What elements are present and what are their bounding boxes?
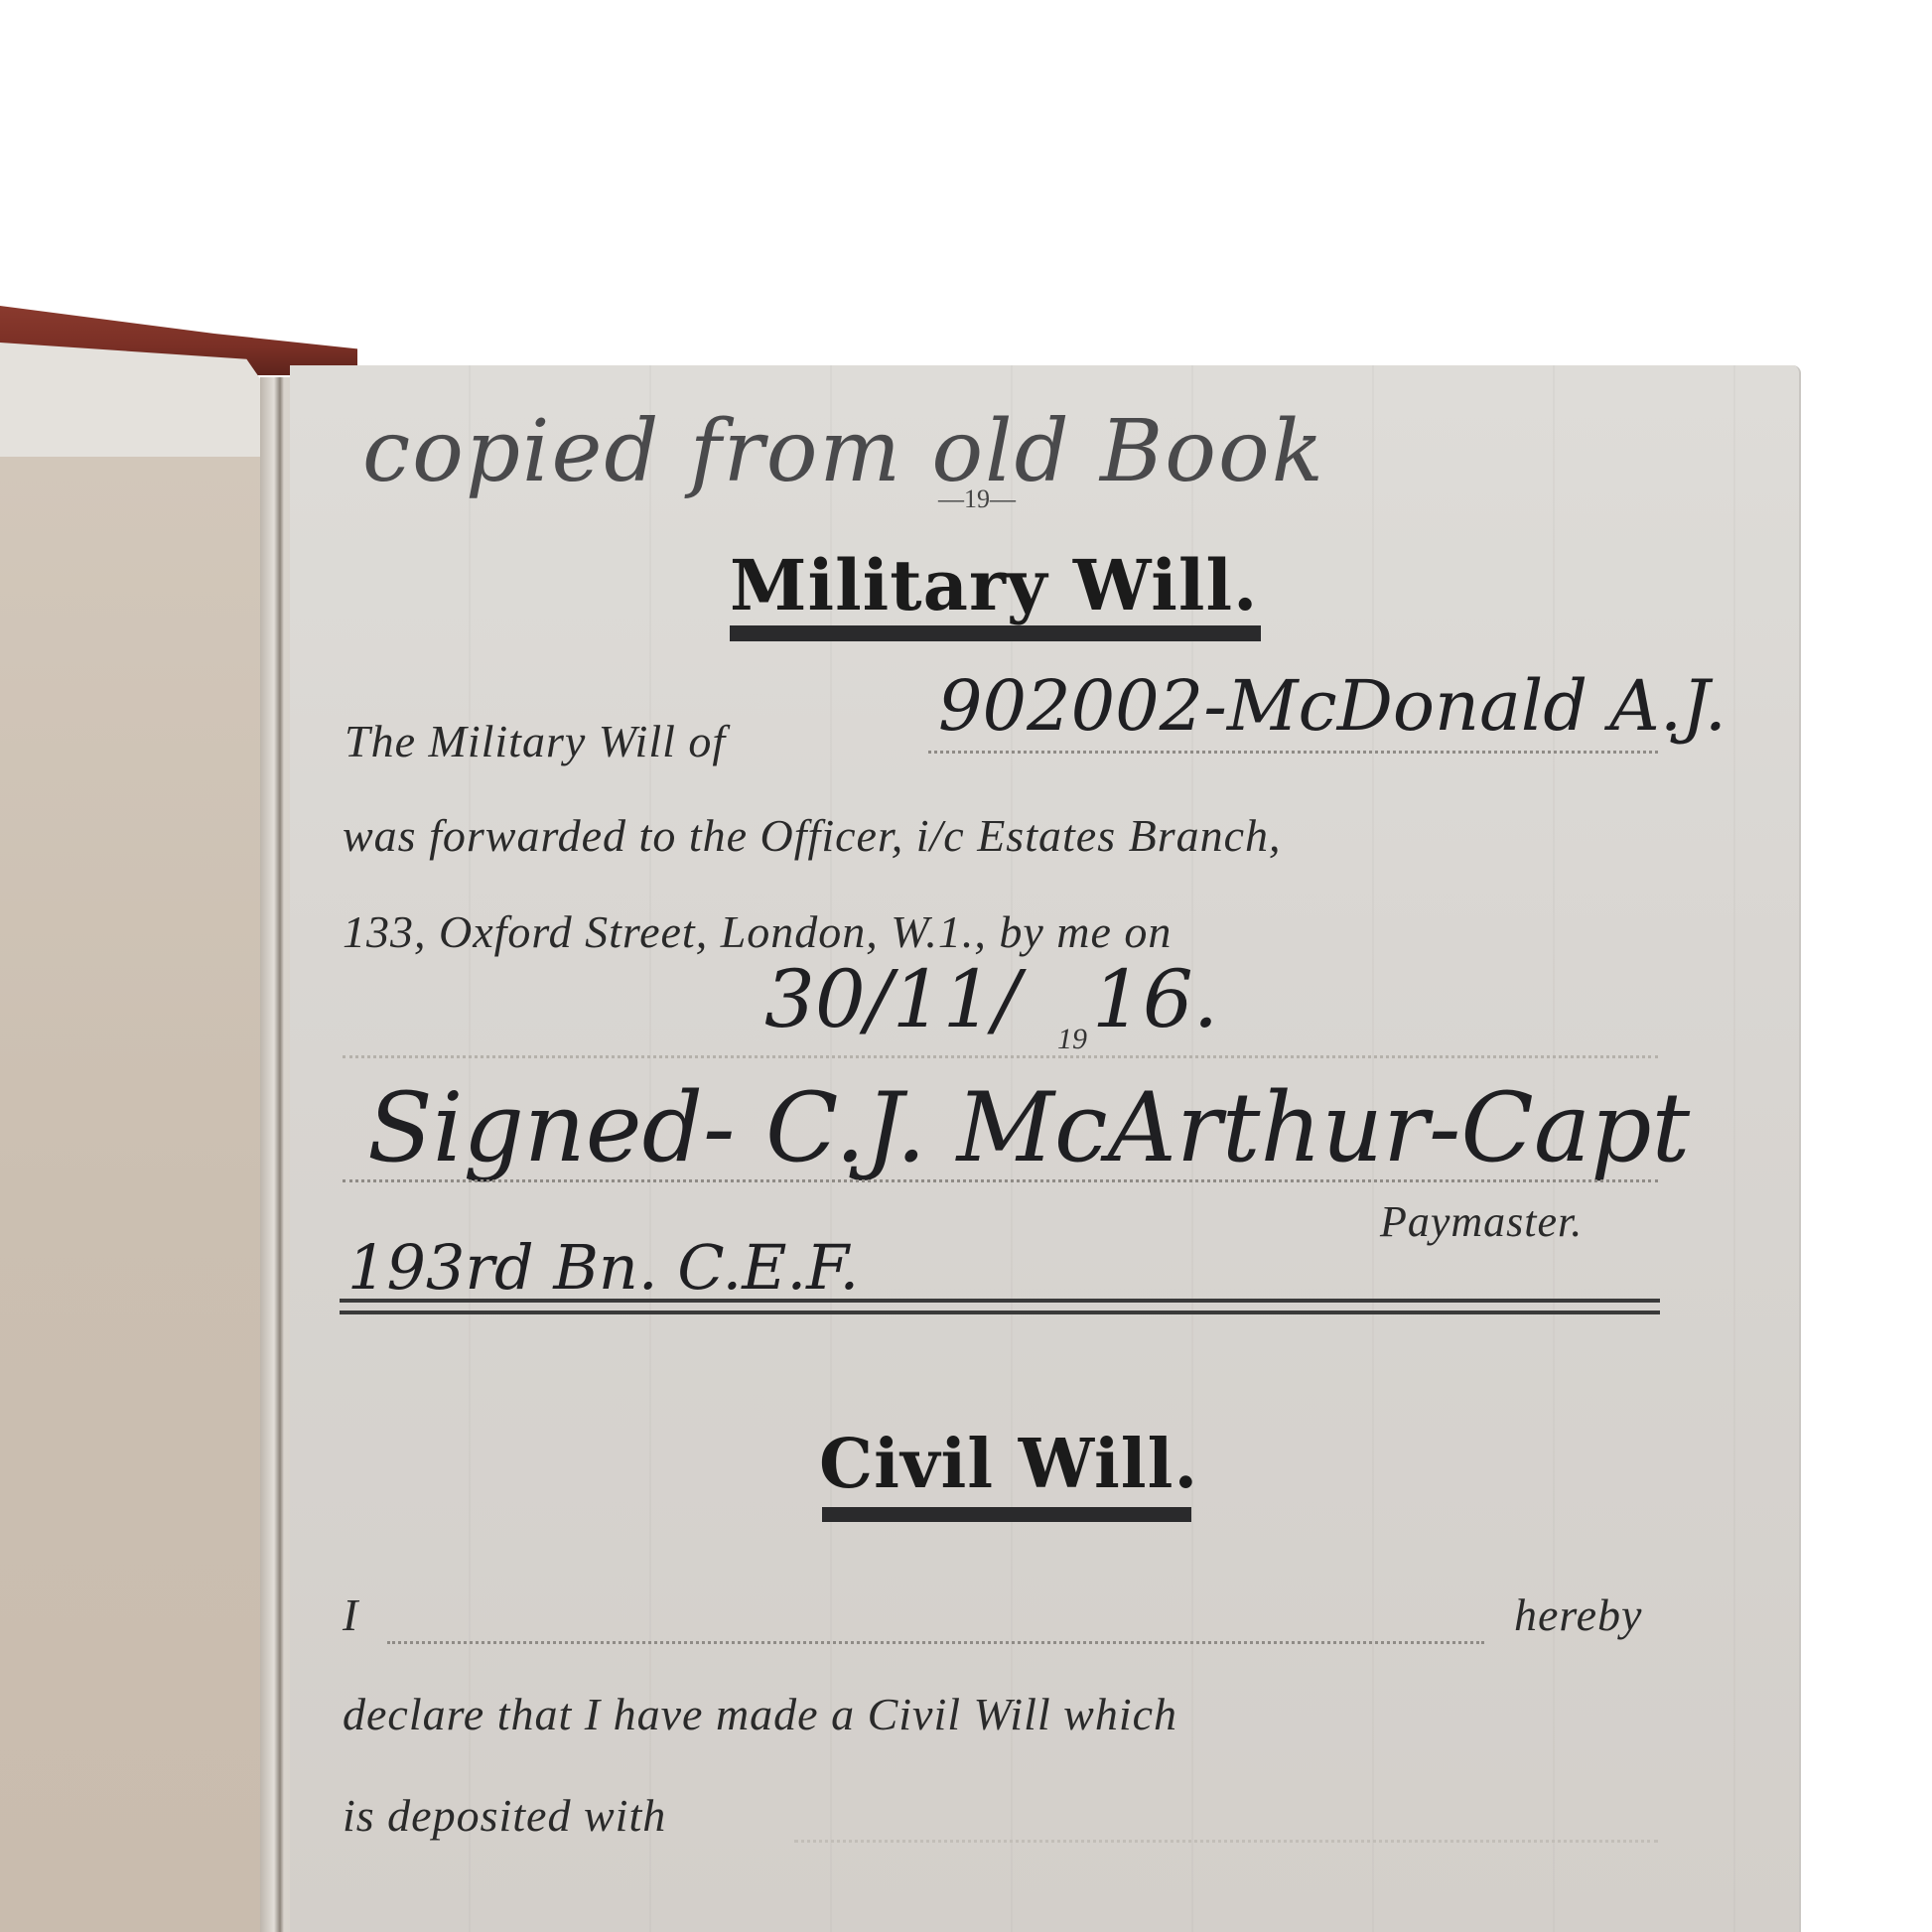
- left-leaf: [0, 457, 270, 1932]
- military-will-heading: Military Will.: [730, 544, 1258, 626]
- section-divider-top: [340, 1299, 1660, 1303]
- signature-handwritten: Signed- C.J. McArthur-Capt: [367, 1072, 1690, 1183]
- page-number-mark: —19—: [938, 484, 1016, 514]
- unit-handwritten: 193rd Bn. C.E.F.: [347, 1231, 859, 1304]
- soldier-name-handwritten: 902002-McDonald A.J.: [938, 665, 1726, 747]
- military-will-of-label: The Military Will of: [345, 715, 726, 767]
- date-year-prefix: 19: [1057, 1023, 1087, 1056]
- date-year-handwritten: 16.: [1092, 953, 1218, 1045]
- forwarded-text: was forwarded to the Officer, i/c Estate…: [343, 809, 1282, 862]
- civil-will-i-label: I: [343, 1588, 358, 1641]
- signature-fill-line: [343, 1176, 1658, 1182]
- address-text: 133, Oxford Street, London, W.1., by me …: [343, 905, 1172, 958]
- civil-will-deposited-fill-line[interactable]: [794, 1837, 1658, 1843]
- civil-will-deposited-text: is deposited with: [343, 1789, 666, 1842]
- civil-will-heading: Civil Will.: [819, 1425, 1198, 1504]
- section-divider-bottom: [340, 1311, 1660, 1314]
- name-fill-line: [928, 747, 1658, 754]
- paymaster-label: Paymaster.: [1380, 1196, 1583, 1247]
- military-will-heading-underline: [730, 625, 1261, 641]
- civil-will-heading-underline: [822, 1507, 1191, 1522]
- civil-will-hereby-label: hereby: [1514, 1588, 1642, 1641]
- top-handwritten-note: copied from old Book: [362, 402, 1325, 501]
- civil-will-name-fill-line[interactable]: [387, 1638, 1484, 1644]
- civil-will-declare-text: declare that I have made a Civil Will wh…: [343, 1688, 1177, 1740]
- left-leaf-top: [0, 343, 268, 462]
- date-fill-line: [343, 1052, 1658, 1058]
- date-handwritten: 30/11/: [764, 953, 1021, 1045]
